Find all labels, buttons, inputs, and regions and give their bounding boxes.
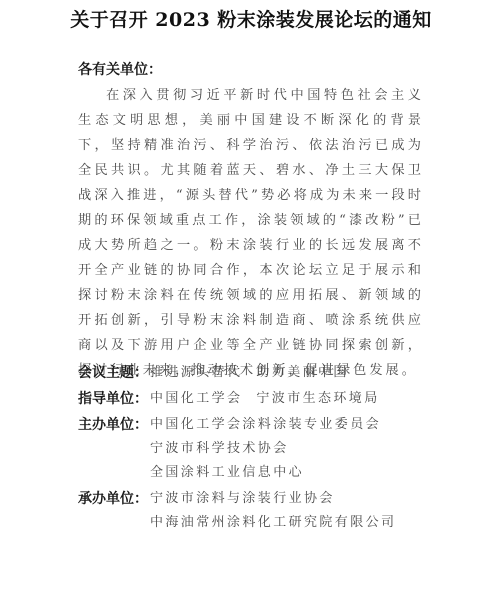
organizer-label: 承办单位： <box>78 488 150 510</box>
salutation: 各有关单位： <box>78 60 162 80</box>
organizer-value: 中海油常州涂料化工研究院有限公司 <box>150 512 396 534</box>
document-title: 关于召开 2023 粉末涂装发展论坛的通知 <box>0 6 502 34</box>
info-row-theme: 会议主题： 推进源头替代助力美丽中国 <box>78 362 438 386</box>
theme-value: 推进源头替代助力美丽中国 <box>150 362 349 384</box>
host-value: 中国化工学会涂料涂装专业委员会 <box>150 414 381 436</box>
info-row-guidance: 指导单位： 中国化工学会宁波市生态环境局 <box>78 388 438 412</box>
meeting-info: 会议主题： 推进源头替代助力美丽中国 指导单位： 中国化工学会宁波市生态环境局 … <box>78 362 438 538</box>
guidance-value: 中国化工学会宁波市生态环境局 <box>150 388 380 410</box>
guidance-label: 指导单位： <box>78 388 150 410</box>
host-label: 主办单位： <box>78 414 150 436</box>
info-row-organizer: 承办单位： 宁波市涂料与涂装行业协会 中海油常州涂料化工研究院有限公司 <box>78 488 438 536</box>
host-value: 宁波市科学技术协会 <box>150 438 381 460</box>
theme-label: 会议主题： <box>78 362 150 384</box>
body-paragraph: 在深入贯彻习近平新时代中国特色社会主义生态文明思想，美丽中国建设不断深化的背景下… <box>78 83 424 383</box>
organizer-value: 宁波市涂料与涂装行业协会 <box>150 488 396 510</box>
host-value: 全国涂料工业信息中心 <box>150 462 381 484</box>
info-row-host: 主办单位： 中国化工学会涂料涂装专业委员会 宁波市科学技术协会 全国涂料工业信息… <box>78 414 438 486</box>
